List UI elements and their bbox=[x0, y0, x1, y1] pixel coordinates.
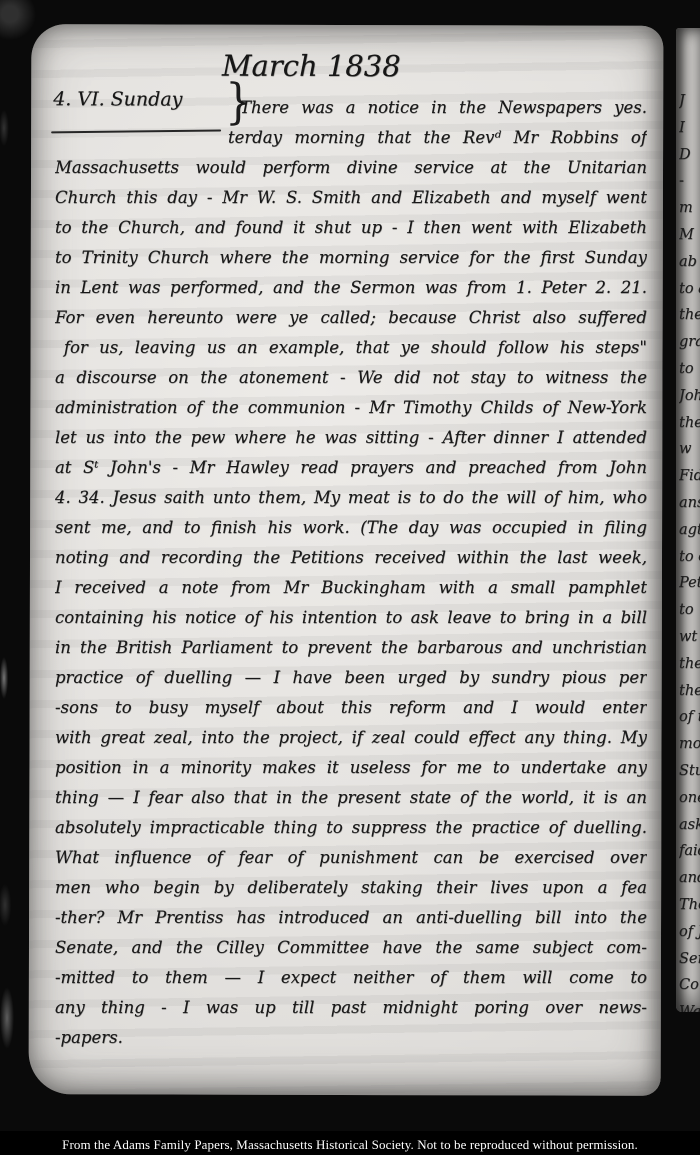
adjacent-page-fragment: - bbox=[679, 168, 700, 195]
adjacent-page-fragment: of J bbox=[679, 919, 700, 946]
adjacent-page-fragment: gra bbox=[679, 329, 700, 356]
manuscript-line: " for us, leaving us an example, that ye… bbox=[55, 333, 647, 363]
adjacent-page-fragment: ans bbox=[679, 490, 700, 517]
manuscript-line: thing — I fear also that in the present … bbox=[55, 783, 647, 813]
caption-text: From the Adams Family Papers, Massachuse… bbox=[0, 1137, 700, 1153]
manuscript-line: any thing - I was up till past midnight … bbox=[55, 993, 647, 1023]
manuscript-line: 4. 34. Jesus saith unto them, My meat is… bbox=[55, 483, 647, 513]
manuscript-line: sent me, and to finish his work. (The da… bbox=[55, 513, 647, 543]
page-heading: March 1838 bbox=[29, 48, 628, 84]
adjacent-page-fragment: of th bbox=[679, 704, 700, 731]
adjacent-page-fragment: I bbox=[679, 115, 700, 142]
manuscript-line: Senate, and the Cilley Committee have th… bbox=[55, 933, 647, 963]
adjacent-page-fragment: the bbox=[679, 410, 700, 437]
manuscript-line: -sons to busy myself about this reform a… bbox=[55, 693, 647, 723]
adjacent-page-fragment: Fid bbox=[679, 463, 700, 490]
adjacent-page-fragment: The bbox=[679, 892, 700, 919]
adjacent-page-fragment: J bbox=[679, 88, 700, 115]
manuscript-line: a discourse on the atonement - We did no… bbox=[55, 363, 647, 393]
manuscript-line: men who begin by deliberately staking th… bbox=[55, 873, 647, 903]
adjacent-page-fragment: to a bbox=[679, 276, 700, 303]
adjacent-page-fragment: one bbox=[679, 785, 700, 812]
adjacent-page-fragment: Stu bbox=[679, 758, 700, 785]
adjacent-page-fragment: wt bbox=[679, 624, 700, 651]
manuscript-line: What influence of fear of punishment can… bbox=[55, 843, 647, 873]
adjacent-page-fragment: the bbox=[679, 678, 700, 705]
adjacent-page-fragment: m bbox=[679, 195, 700, 222]
manuscript-line: containing his notice of his intention t… bbox=[55, 603, 647, 633]
adjacent-page-fragment: mor bbox=[679, 731, 700, 758]
adjacent-page-fragment: Wad bbox=[679, 999, 700, 1012]
manuscript-line: position in a minority makes it useless … bbox=[55, 753, 647, 783]
adjacent-page-fragment: Joh bbox=[679, 383, 700, 410]
manuscript-line: There was a notice in the Newspapers yes… bbox=[55, 93, 647, 123]
manuscript-line: Church this day - Mr W. S. Smith and Eli… bbox=[55, 183, 647, 213]
manuscript-line: let us into the pew where he was sitting… bbox=[55, 423, 647, 453]
adjacent-page-fragment: Servi bbox=[679, 946, 700, 973]
adjacent-page-text: JID-mMabto athegratoJohthewFidansagtto o… bbox=[679, 88, 700, 1012]
adjacent-page-fragment: w bbox=[679, 436, 700, 463]
adjacent-page-fragment: agt bbox=[679, 517, 700, 544]
manuscript-line: -papers. bbox=[55, 1023, 647, 1053]
manuscript-line: Massachusetts would perform divine servi… bbox=[55, 153, 647, 183]
adjacent-page-fragment: D bbox=[679, 142, 700, 169]
adjacent-page-fragment: the bbox=[679, 302, 700, 329]
adjacent-page-fragment: to bbox=[679, 597, 700, 624]
manuscript-line: to the Church, and found it shut up - I … bbox=[55, 213, 647, 243]
manuscript-scan: March 1838 4. VI. Sunday } There was a n… bbox=[0, 0, 700, 1155]
adjacent-page-sliver: JID-mMabto athegratoJohthewFidansagtto o… bbox=[676, 28, 700, 1012]
manuscript-line: For even hereunto were ye called; becaus… bbox=[55, 303, 647, 333]
adjacent-page-fragment: aske bbox=[679, 812, 700, 839]
manuscript-line: -ther? Mr Prentiss has introduced an ant… bbox=[55, 903, 647, 933]
adjacent-page-fragment: the bbox=[679, 651, 700, 678]
adjacent-page-fragment: Pet bbox=[679, 570, 700, 597]
manuscript-line: at Sᵗ John's - Mr Hawley read prayers an… bbox=[55, 453, 647, 483]
manuscript-line: terday morning that the Revᵈ Mr Robbins … bbox=[55, 123, 647, 153]
manuscript-line: administration of the communion - Mr Tim… bbox=[55, 393, 647, 423]
caption-bar: From the Adams Family Papers, Massachuse… bbox=[0, 1131, 700, 1155]
manuscript-text: There was a notice in the Newspapers yes… bbox=[55, 93, 647, 1053]
adjacent-page-fragment: M bbox=[679, 222, 700, 249]
manuscript-line: I received a note from Mr Buckingham wit… bbox=[55, 573, 647, 603]
manuscript-line: to Trinity Church where the morning serv… bbox=[55, 243, 647, 273]
adjacent-page-fragment: to o bbox=[679, 544, 700, 571]
manuscript-line: practice of duelling — I have been urged… bbox=[55, 663, 647, 693]
manuscript-line: with great zeal, into the project, if ze… bbox=[55, 723, 647, 753]
adjacent-page-fragment: faid bbox=[679, 838, 700, 865]
manuscript-line: noting and recording the Petitions recei… bbox=[55, 543, 647, 573]
adjacent-page-fragment: and bbox=[679, 865, 700, 892]
adjacent-page-fragment: Com bbox=[679, 972, 700, 999]
manuscript-line: absolutely impracticable thing to suppre… bbox=[55, 813, 647, 843]
adjacent-page-fragment: to bbox=[679, 356, 700, 383]
manuscript-line: in Lent was performed, and the Sermon wa… bbox=[55, 273, 647, 303]
manuscript-line: -mitted to them — I expect neither of th… bbox=[55, 963, 647, 993]
manuscript-line: in the British Parliament to prevent the… bbox=[55, 633, 647, 663]
manuscript-page: March 1838 4. VI. Sunday } There was a n… bbox=[29, 24, 664, 1096]
adjacent-page-fragment: ab bbox=[679, 249, 700, 276]
